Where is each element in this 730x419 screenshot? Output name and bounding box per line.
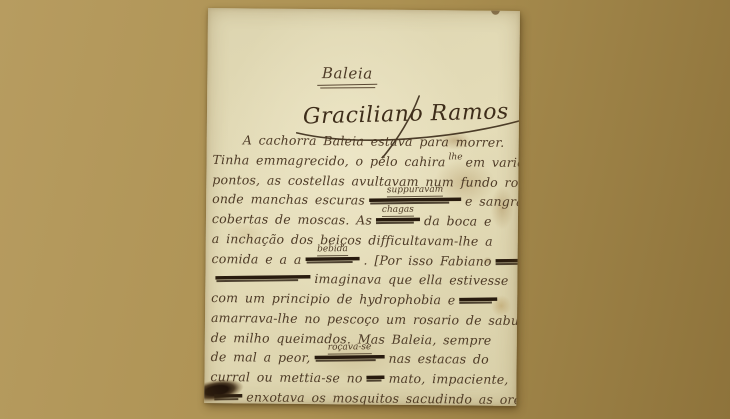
handwritten-text: em varios — [465, 154, 520, 170]
page-title: Baleia — [322, 64, 373, 82]
manuscript-line: enxotava os mosquitos sacudindo as orelh… — [210, 386, 519, 406]
handwritten-text: enxotava os mosquitos sacudindo as orelh… — [246, 389, 520, 406]
strikethrough-mark — [214, 390, 242, 402]
title-block: Baleia — [207, 62, 487, 90]
handwritten-text: amarrava-lhe no pescoço um rosario de sa… — [211, 310, 520, 328]
strikethrough-mark: bebida — [306, 252, 360, 265]
manuscript-lines: A cachorra Baleia estava para morrer.Tin… — [210, 129, 520, 406]
handwritten-text: curral ou mettia-se no — [210, 369, 362, 385]
handwritten-text: mato, impaciente, — [389, 371, 509, 387]
handwritten-text: imaginava que ella estivesse — [314, 271, 508, 288]
handwritten-text: Tinha emmagrecido, o pêlo cahira — [212, 152, 445, 169]
handwritten-text: e sangravam, — [465, 194, 520, 210]
inserted-word: suppuravam — [387, 186, 444, 198]
strikethrough-mark — [215, 271, 310, 284]
handwritten-text: a inchação dos beiços difficultavam-lhe … — [212, 231, 493, 249]
manuscript-photo: Baleia Graciliano Ramos A cachorra Balei… — [0, 0, 730, 419]
inserted-word: lhe — [449, 152, 463, 162]
inserted-word: bebida — [317, 245, 348, 256]
handwritten-text: A cachorra Baleia estava para morrer. — [243, 132, 505, 150]
strikethrough-mark — [367, 372, 385, 384]
strikethrough-mark: roçava-se — [314, 351, 384, 364]
handwritten-text: . [Por isso Fabiano — [363, 252, 491, 268]
handwritten-text: pontos, as costellas avultavam num fundo… — [212, 172, 520, 190]
handwritten-text: comida e a a — [212, 251, 302, 267]
handwritten-text: da boca e — [424, 213, 492, 229]
handwritten-text: com um principio de hydrophobia e — [211, 290, 455, 307]
strikethrough-mark: chagas — [376, 214, 420, 226]
author-signature: Graciliano Ramos — [303, 99, 509, 129]
handwritten-text: onde manchas escuras — [212, 191, 365, 207]
handwritten-text: cobertas de moscas. As — [212, 211, 372, 228]
inserted-word: roçava-se — [328, 343, 372, 354]
strikethrough-mark — [459, 293, 497, 305]
paper-edge-notch — [491, 10, 500, 15]
inserted-word: chagas — [382, 206, 414, 217]
handwritten-text: de mal a peor, — [211, 349, 311, 365]
handwritten-text: nas estacas do — [388, 351, 488, 367]
strikethrough-mark — [496, 254, 520, 266]
title-underline — [317, 84, 377, 86]
manuscript-page: Baleia Graciliano Ramos A cachorra Balei… — [204, 8, 520, 406]
